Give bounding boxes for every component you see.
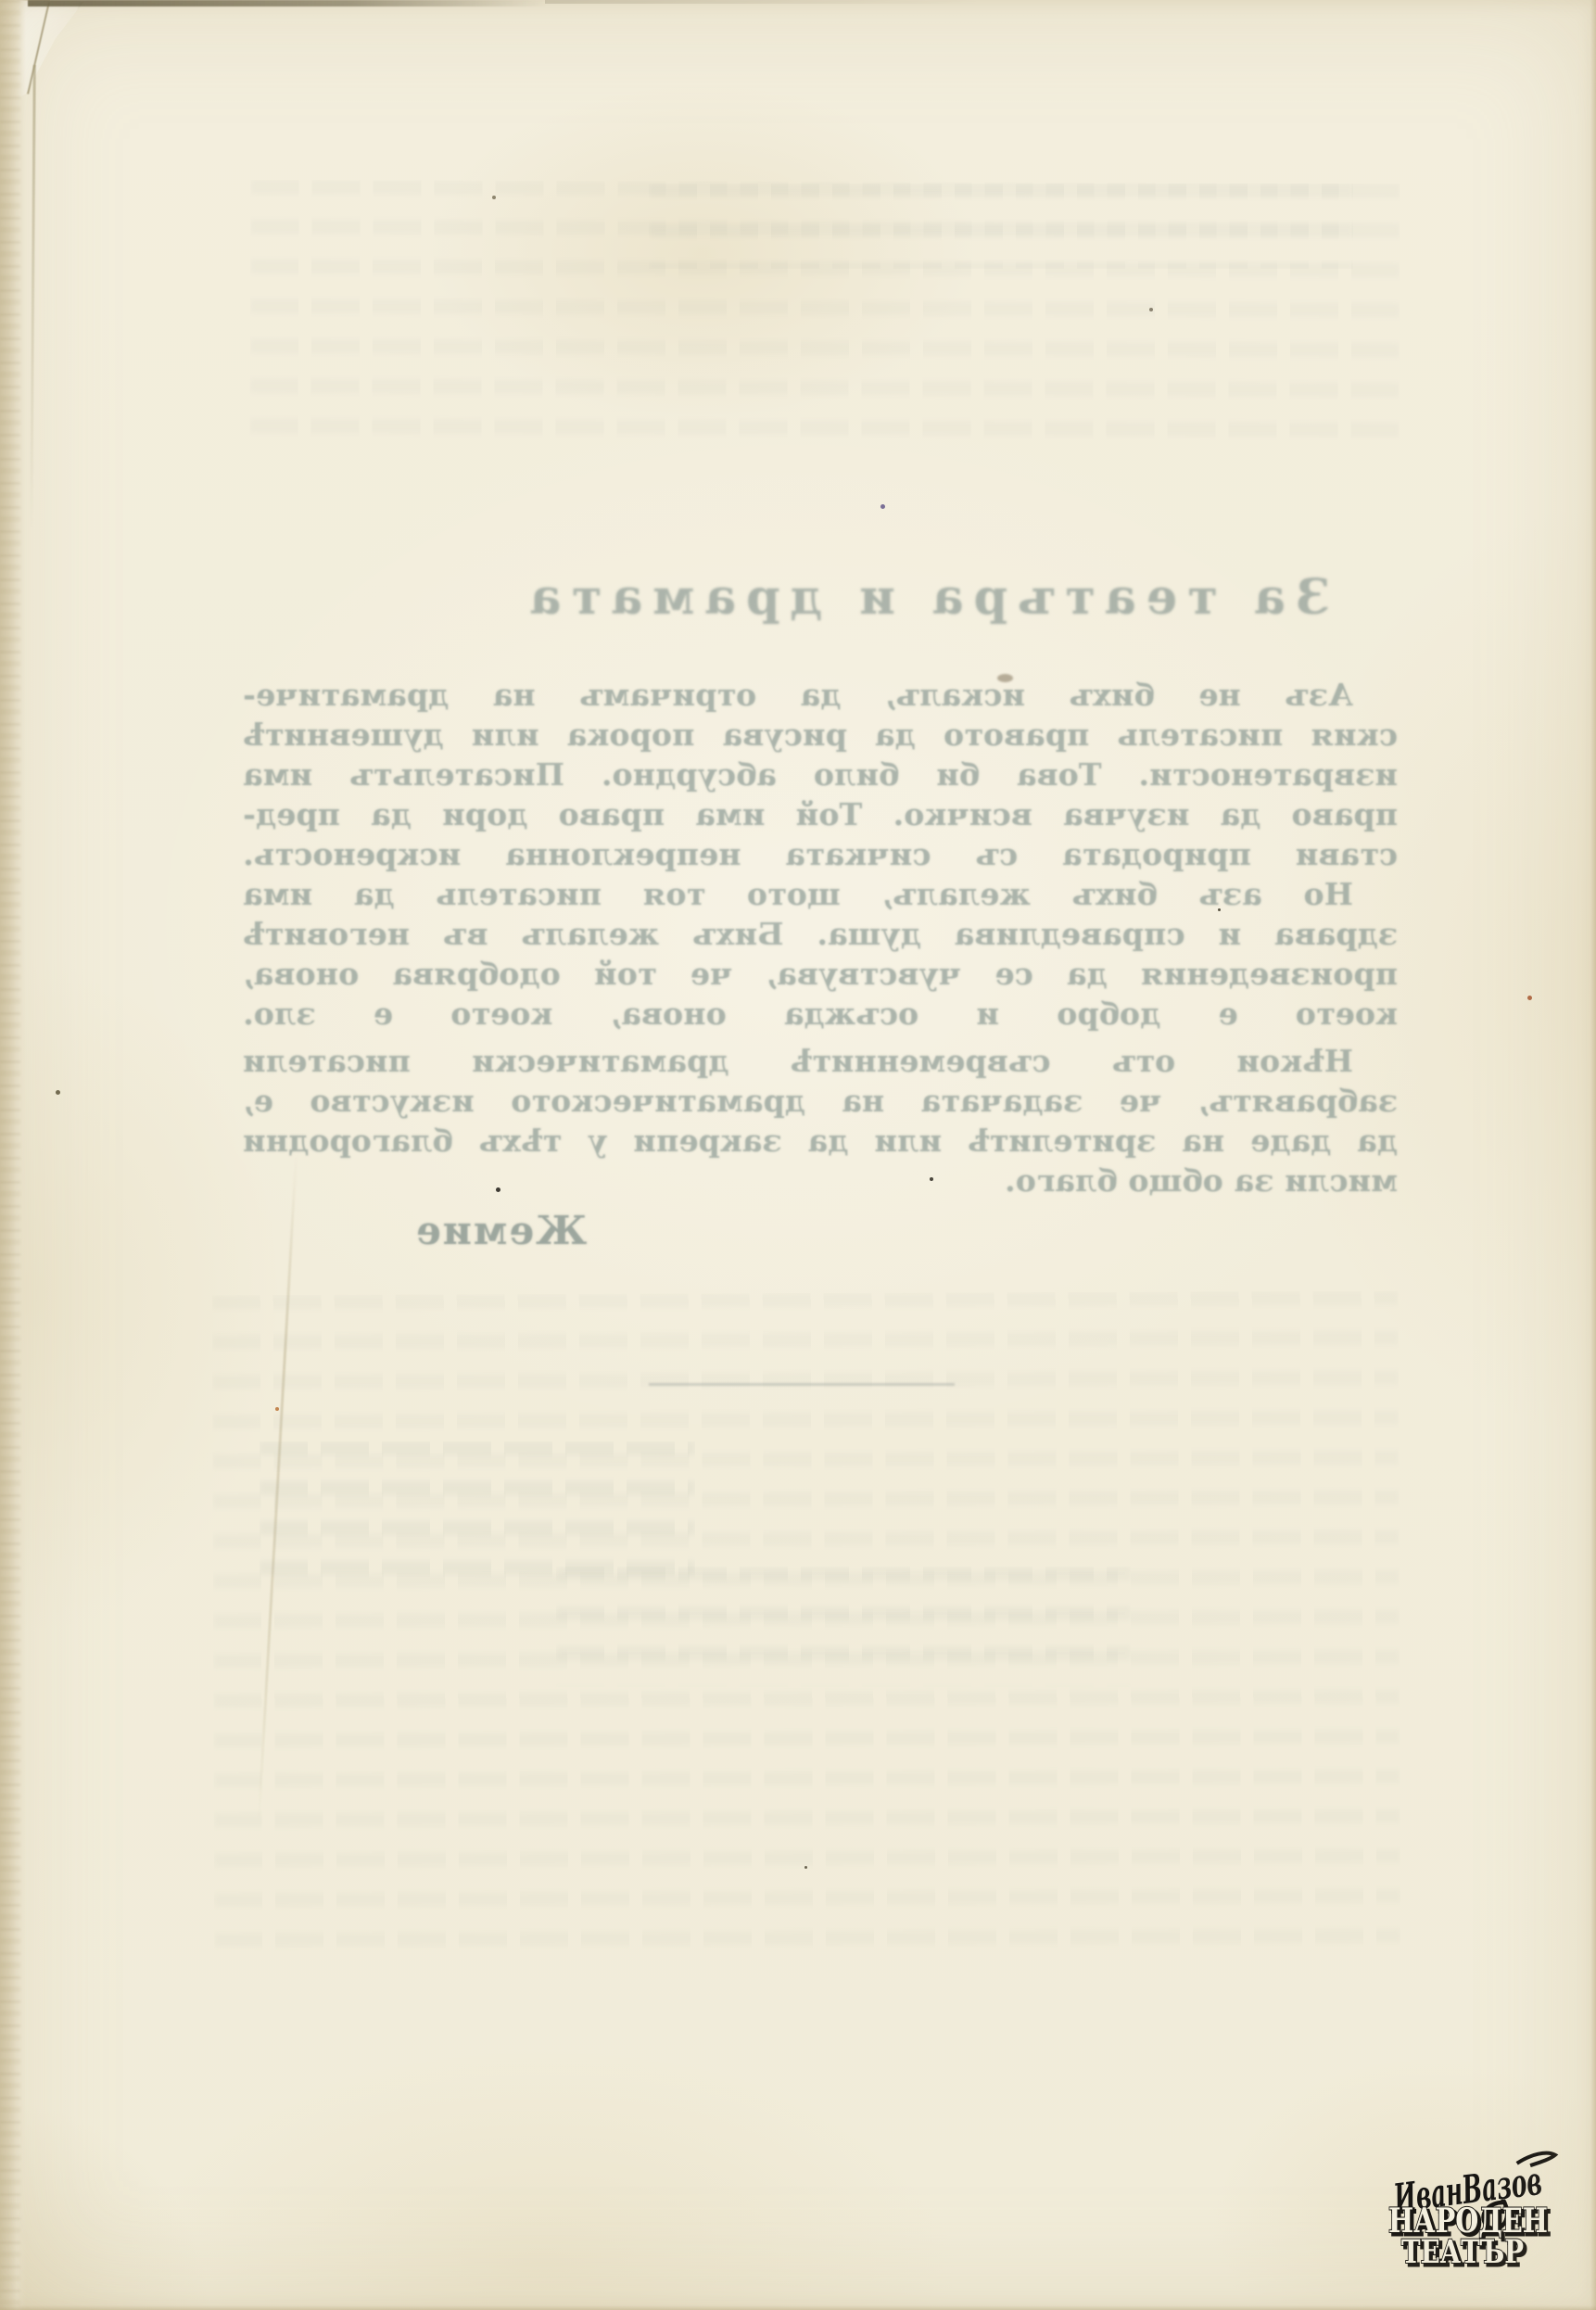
paper-speck [930,1177,933,1181]
ghost-text-block-top-right [649,184,1353,269]
paper-speck [56,1090,60,1095]
bottom-page-edge [0,2305,1596,2310]
bleedthrough-paragraph-2: Но азъ бихъ желалъ, щото тоя писатель да… [243,874,1398,1034]
bleedthrough-author-signature: Жемие [414,1208,587,1253]
scanned-book-page: За театъра и драмата Азъ не бихъ искалъ,… [0,0,1596,2310]
paper-speck [1149,308,1153,311]
paper-speck [880,504,885,509]
rust-speck [275,1407,279,1411]
bleedthrough-paragraph-3-last-line: мисли за общо благо. [243,1161,1398,1200]
ghost-text-patch-lower-left [260,1441,695,1580]
bleedthrough-paragraph-1: Азъ не бихъ искалъ, да отричамъ на драма… [243,675,1398,874]
paper-smudge [997,674,1013,682]
stamp-line2: ТЕАТЪР [1401,2233,1524,2271]
left-crease-line [30,65,35,528]
national-theatre-stamp: ИванВазов НАРОДЕН НАРОДЕН ТЕАТЪР ТЕАТЪР [1370,2151,1566,2280]
paper-speck [492,196,496,199]
top-edge-shadow [28,0,547,6]
rust-speck [1527,996,1532,1000]
bleedthrough-body: Азъ не бихъ искалъ, да отричамъ на драма… [243,675,1398,1200]
paper-speck [804,1866,807,1869]
left-edge-texture [0,0,20,2310]
top-edge-shadow-faint [545,0,981,4]
ghost-rule-line [649,1383,955,1386]
right-page-edge [1590,0,1596,2310]
paper-speck [496,1187,500,1192]
ghost-text-patch-lower-mid [556,1567,1131,1687]
bleedthrough-title: За театъра и драмата [494,571,1356,625]
paper-speck [1218,908,1221,911]
bleedthrough-paragraph-3: Нѣкои отъ съвременнитѣ драматически писа… [243,1041,1398,1161]
